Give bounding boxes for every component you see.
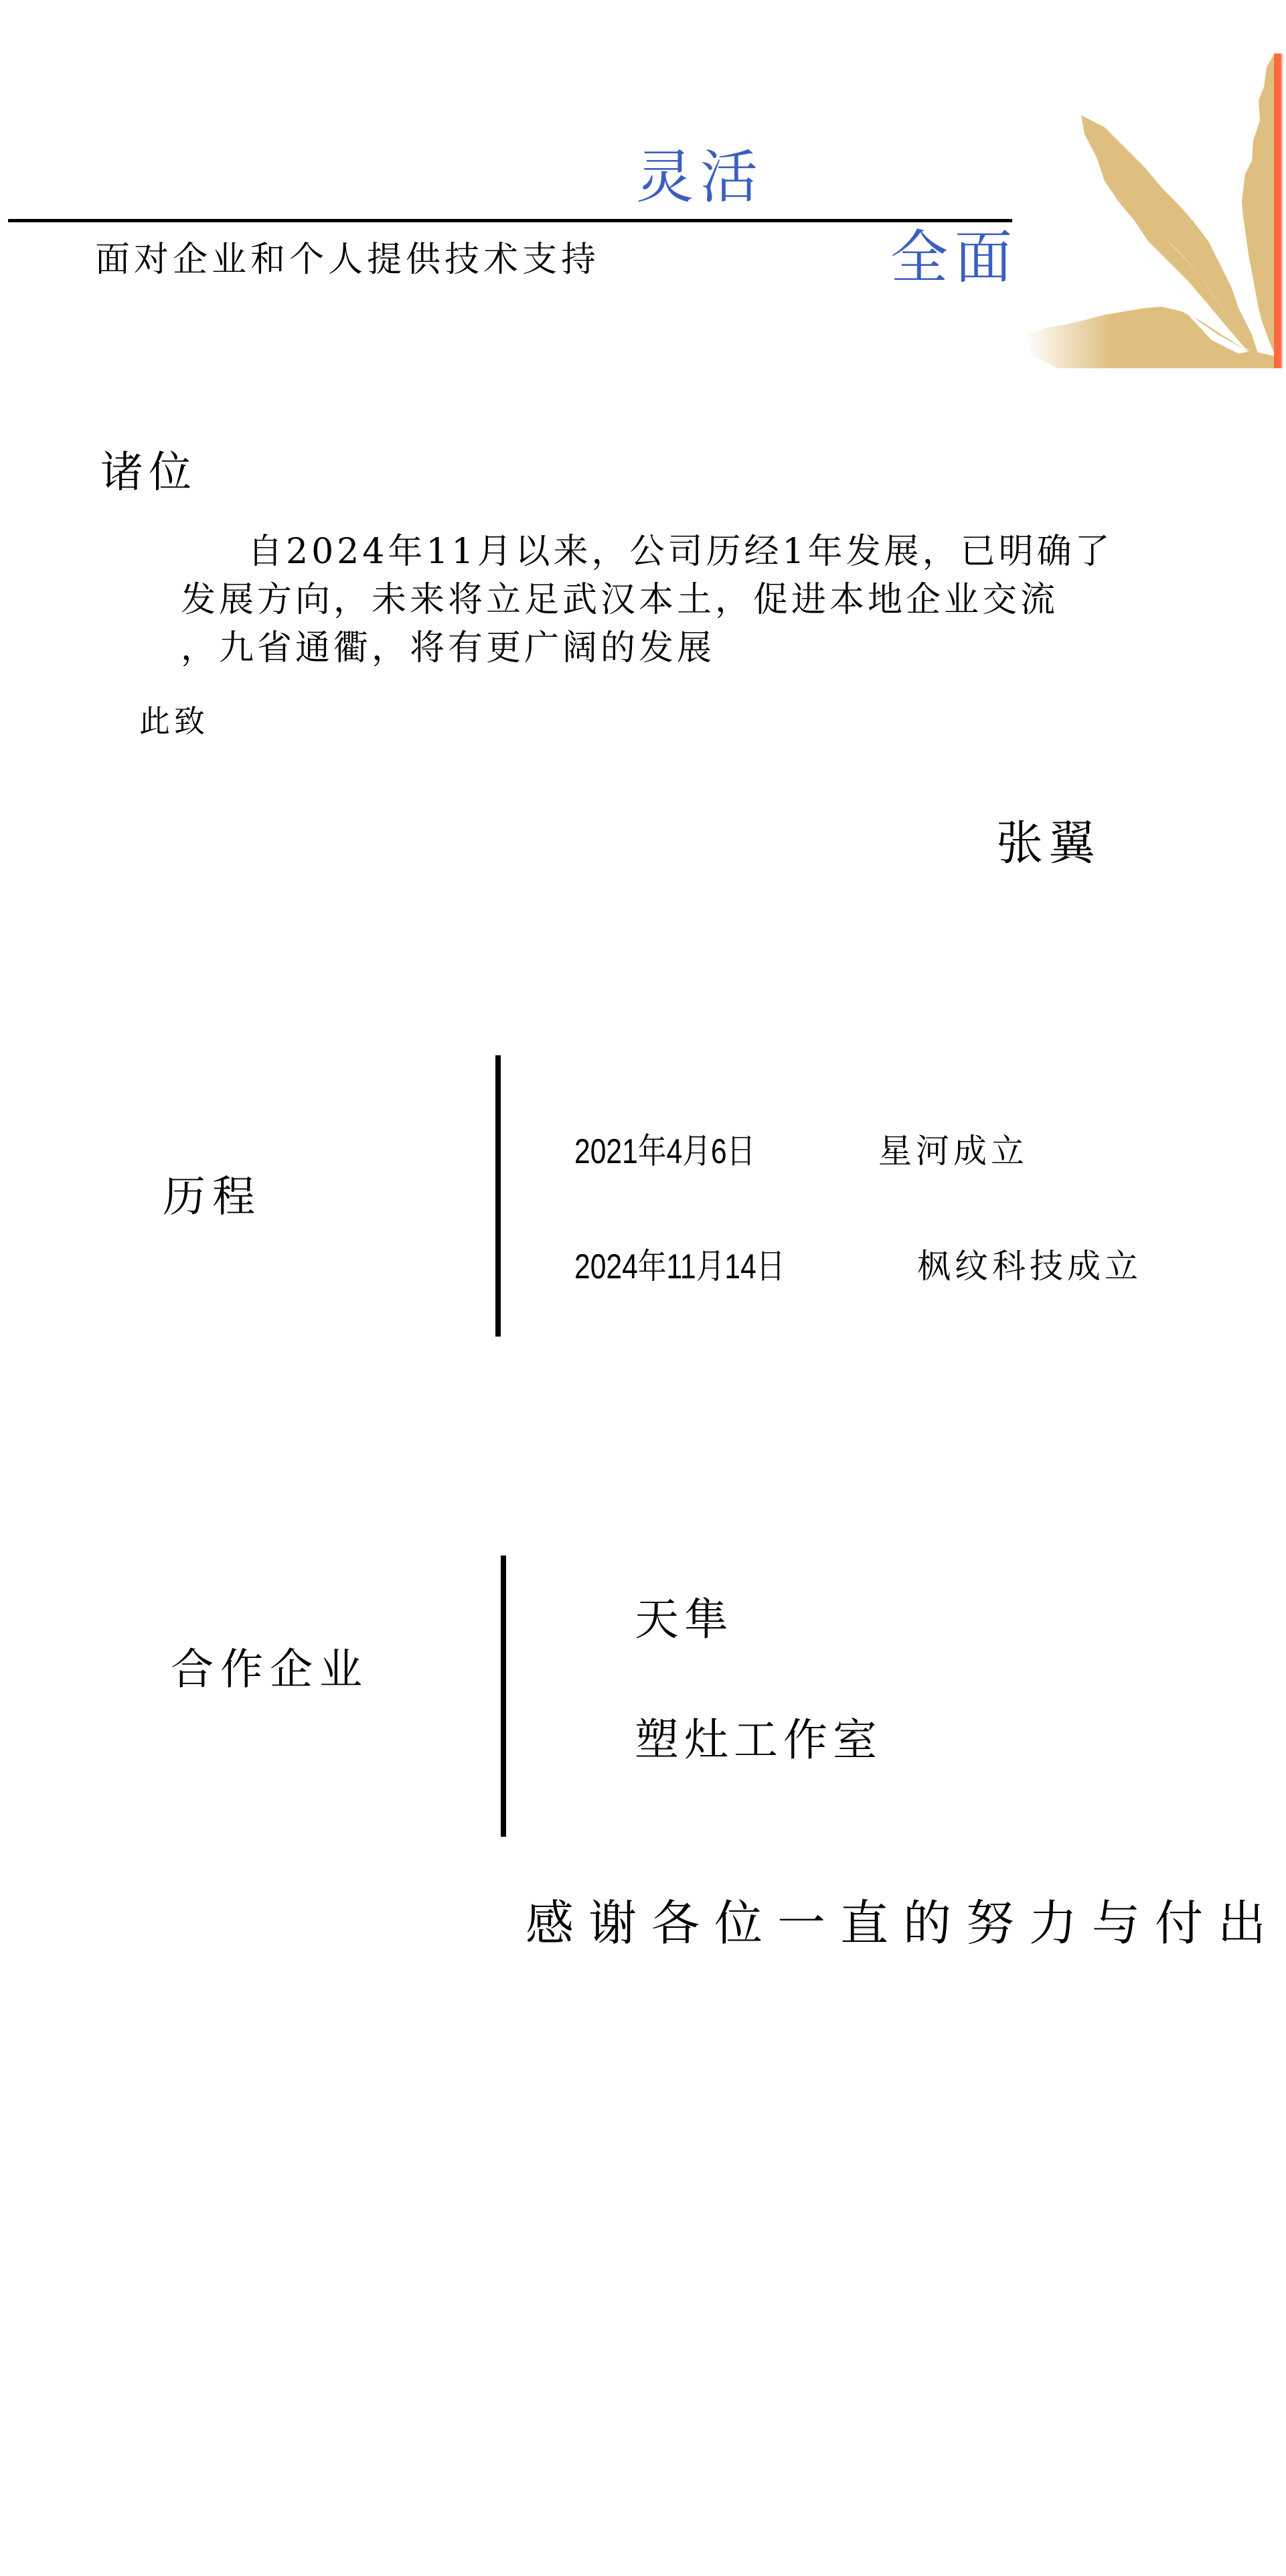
partners-label: 合作企业 (171, 1649, 369, 1691)
history-entry: 2021年4月6日 (574, 1134, 795, 1169)
thanks-message: 感谢各位一直的努力与付出 (526, 1899, 1281, 1947)
history-entry-event: 星河成立 (878, 1134, 1028, 1168)
letter-body-line: 自2024年11月以来，公司历经1年发展，已明确了 (181, 528, 1118, 576)
signature: 张翼 (996, 820, 1101, 866)
tagline-bottom: 全面 (890, 229, 1019, 287)
subtitle: 面对企业和个人提供技术支持 (95, 242, 600, 277)
maple-leaf-icon (1018, 40, 1286, 368)
partners-divider (501, 1556, 506, 1837)
letter-body-line: 发展方向，未来将立足武汉本土，促进本地企业交流 (181, 576, 1118, 624)
partner-item: 天隼 (635, 1598, 734, 1642)
header-divider (8, 219, 1012, 222)
tagline-top: 灵活 (636, 149, 765, 206)
letter-body-line: ，九省通衢，将有更广阔的发展 (181, 624, 1118, 672)
letter-body: 自2024年11月以来，公司历经1年发展，已明确了 发展方向，未来将立足武汉本土… (181, 528, 1118, 672)
history-label: 历程 (163, 1176, 262, 1219)
history-divider (495, 1055, 501, 1337)
history-entry-date: 2024年11月14日 (574, 1249, 785, 1284)
history-entry-event: 枫纹科技成立 (917, 1249, 1142, 1283)
partner-item: 塑灶工作室 (635, 1718, 882, 1762)
history-entry: 2024年11月14日 (574, 1249, 831, 1284)
salutation: 诸位 (100, 451, 197, 494)
history-entry-date: 2021年4月6日 (574, 1134, 755, 1169)
closing: 此致 (139, 706, 209, 737)
